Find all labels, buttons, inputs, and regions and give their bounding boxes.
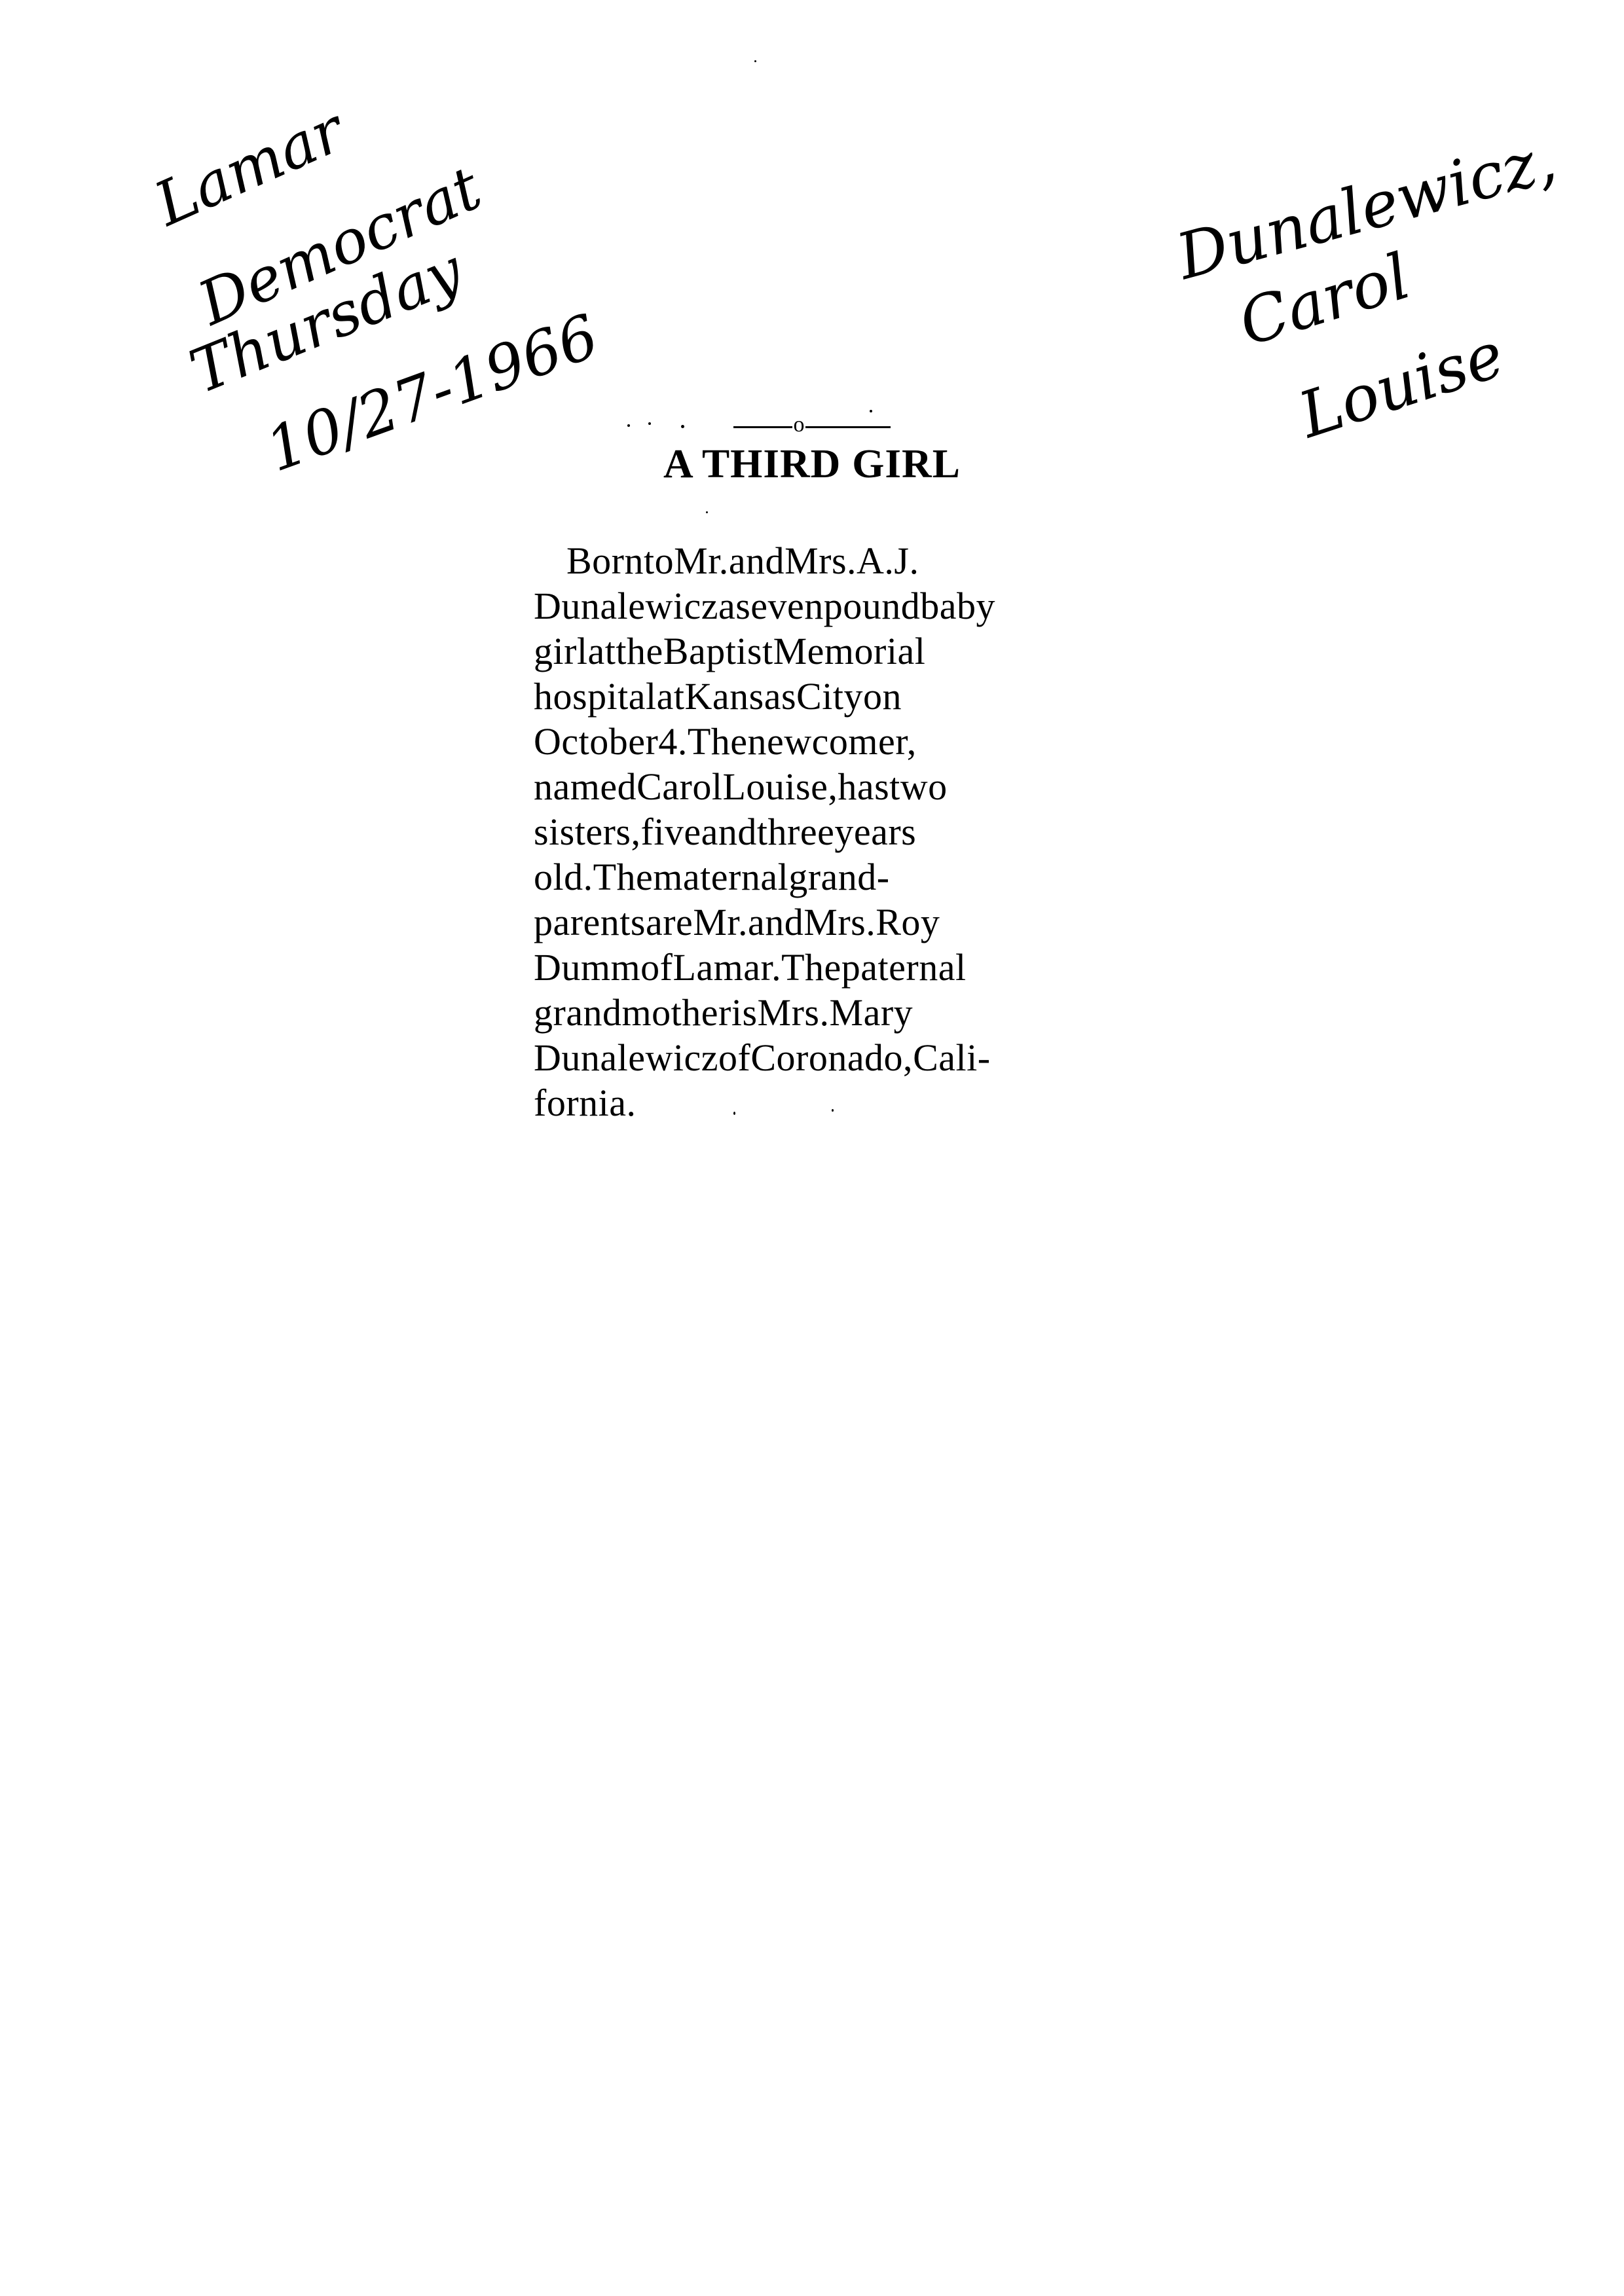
article-line: grandmotherisMrs.Mary <box>534 990 1110 1035</box>
rule-line <box>805 426 891 428</box>
article-word: and <box>701 811 757 853</box>
article-word: J. <box>894 539 919 582</box>
handwritten-line: Louise <box>1292 323 1511 447</box>
article-word: Dunalewicz <box>534 585 718 627</box>
scan-speck <box>870 410 872 412</box>
article-line: DummofLamar.Thepaternal <box>534 945 1110 990</box>
scan-speck <box>754 60 756 62</box>
article-word: seven <box>735 585 824 627</box>
article-word: a <box>718 585 735 627</box>
article-word: Kansas <box>685 675 797 718</box>
article-word: Mrs. <box>803 901 876 943</box>
article-headline: A THIRD GIRL <box>638 444 986 484</box>
article-word: of <box>640 946 673 989</box>
article-word: named <box>534 765 637 808</box>
scan-speck <box>832 1109 834 1112</box>
article-line: fornia. <box>534 1080 1110 1125</box>
scan-speck <box>681 425 684 428</box>
article-word: pound <box>824 585 921 627</box>
article-word: five <box>641 811 701 853</box>
article-word: Louise, <box>722 765 838 808</box>
article-word: and <box>729 539 784 582</box>
article-word: years <box>834 811 916 853</box>
article-word: and <box>748 901 803 943</box>
article-line: old.Thematernalgrand- <box>534 854 1110 900</box>
article-word: parents <box>534 901 646 943</box>
article-word: paternal <box>841 946 967 989</box>
article-body: BorntoMr.andMrs.A.J.Dunalewiczasevenpoun… <box>534 538 1110 1125</box>
article-word: hospital <box>534 675 657 718</box>
article-word: baby <box>920 585 995 627</box>
ornament-glyph: o <box>792 414 805 436</box>
article-word: Baptist <box>663 630 773 672</box>
article-line: sisters,fiveandthreeyears <box>534 809 1110 854</box>
article-word: Roy <box>876 901 940 943</box>
article-word: Mr. <box>674 539 729 582</box>
article-word: is <box>731 991 758 1034</box>
article-word: are <box>646 901 693 943</box>
article-line: namedCarolLouise,hastwo <box>534 764 1110 809</box>
article-word: the <box>616 630 663 672</box>
article-word: Born <box>566 539 644 582</box>
article-word: at <box>588 630 616 672</box>
article-word: Dunalewicz <box>534 1036 718 1079</box>
article-word: to <box>644 539 674 582</box>
article-word: City <box>796 675 863 718</box>
article-word: Coronado, <box>750 1036 913 1079</box>
scan-speck <box>648 422 651 425</box>
article-word: on <box>863 675 902 718</box>
article-word: The <box>688 720 748 763</box>
article-word: Carol <box>637 765 722 808</box>
article-word: has <box>838 765 889 808</box>
article-word: newcomer, <box>747 720 916 763</box>
article-word: sisters, <box>534 811 641 853</box>
article-word: 4. <box>658 720 688 763</box>
article-word: of <box>718 1036 750 1079</box>
scan-speck <box>733 1112 735 1115</box>
article-line: October4.Thenewcomer, <box>534 719 1110 764</box>
article-word: Mary <box>830 991 913 1034</box>
handwritten-source-note: Lamar Democrat Thursday 10/27-1966 <box>144 124 511 432</box>
ornament-rule: o <box>733 418 891 437</box>
article-word: three <box>757 811 834 853</box>
article-word: Dumm <box>534 946 640 989</box>
article-word: Lamar. <box>673 946 781 989</box>
article-word: Mrs. <box>758 991 830 1034</box>
article-word: A. <box>857 539 894 582</box>
article-word: at <box>657 675 685 718</box>
article-word: girl <box>534 630 588 672</box>
article-line: BorntoMr.andMrs.A.J. <box>534 538 1110 583</box>
article-line: girlattheBaptistMemorial <box>534 629 1110 674</box>
article-word: grand- <box>788 856 889 898</box>
rule-line <box>733 426 792 428</box>
article-word: old. <box>534 856 593 898</box>
article-word: Mr. <box>693 901 748 943</box>
article-line: DunalewiczofCoronado,Cali- <box>534 1035 1110 1080</box>
handwritten-name-note: Dunalewicz, Carol Louise <box>1166 137 1598 452</box>
article-word: The <box>593 856 654 898</box>
article-line: parentsareMr.andMrs.Roy <box>534 900 1110 945</box>
scan-speck <box>706 511 708 513</box>
article-word: two <box>889 765 948 808</box>
article-word: Mrs. <box>784 539 857 582</box>
article-word: maternal <box>653 856 788 898</box>
article-word: Memorial <box>773 630 926 672</box>
article-word: Cali- <box>913 1036 990 1079</box>
article-line: Dunalewiczasevenpoundbaby <box>534 583 1110 629</box>
scan-speck <box>627 424 630 427</box>
article-word: The <box>781 946 841 989</box>
article-word: October <box>534 720 658 763</box>
article-word: fornia. <box>534 1082 637 1124</box>
scanned-page: Lamar Democrat Thursday 10/27-1966 Dunal… <box>0 0 1624 2296</box>
article-word: grandmother <box>534 991 731 1034</box>
article-line: hospitalatKansasCityon <box>534 674 1110 719</box>
